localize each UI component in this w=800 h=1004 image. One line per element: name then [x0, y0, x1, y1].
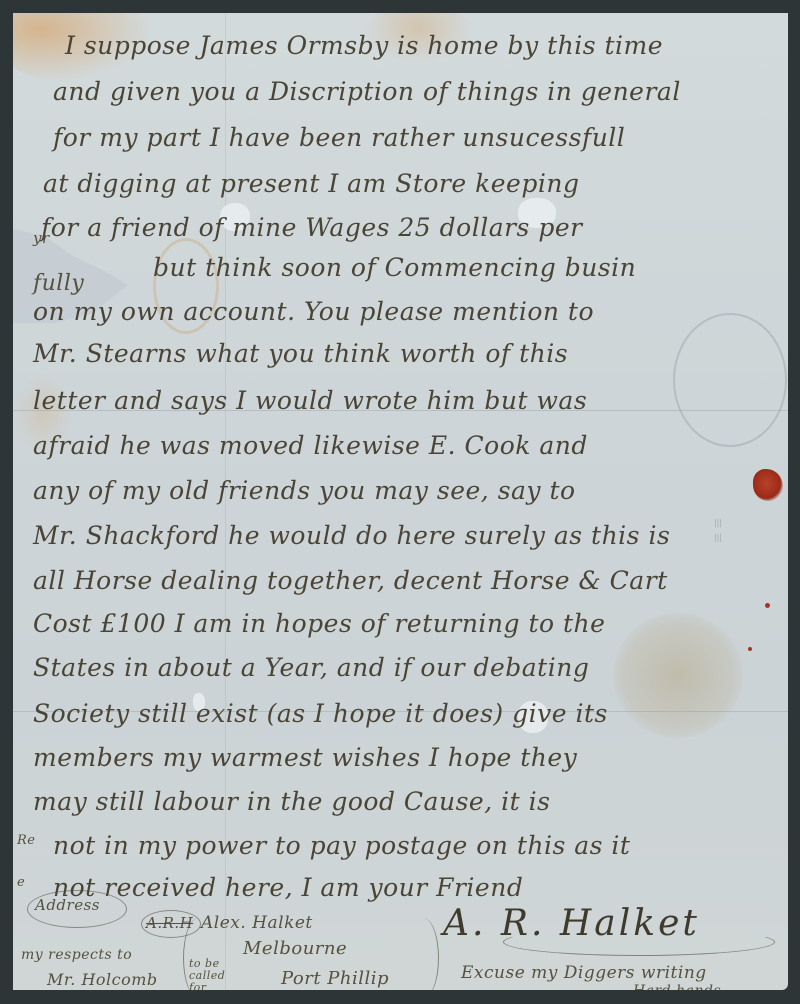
letter-line: but think soon of Commencing busin — [153, 253, 636, 282]
letter-line: and given you a Discription of things in… — [53, 77, 681, 106]
letter-line: States in about a Year, and if our debat… — [33, 653, 589, 682]
letter-line: Mr. Stearns what you think worth of this — [33, 339, 568, 368]
margin-fragment: fully — [33, 271, 84, 296]
letter-line: letter and says I would wrote him but wa… — [33, 386, 587, 415]
called-for-note: to be called for — [189, 958, 237, 990]
letter-line: not in my power to pay postage on this a… — [53, 831, 630, 860]
sealing-wax-spot — [753, 469, 783, 501]
letter-line: members my warmest wishes I hope they — [33, 743, 577, 772]
address-label: Address — [35, 896, 100, 914]
wax-dot — [765, 603, 770, 608]
letter-line: for a friend of mine Wages 25 dollars pe… — [41, 213, 583, 242]
letter-line: I suppose James Ormsby is home by this t… — [65, 31, 663, 60]
postmark-text: ≡ ≡ — [668, 518, 728, 568]
letter-line: not received here, I am your Friend — [53, 873, 523, 902]
struck-initials: A.R.H — [146, 914, 193, 932]
postscript: Excuse my Diggers writing — [461, 963, 707, 983]
address-name: Alex. Halket — [201, 913, 313, 933]
wax-dot — [748, 647, 752, 651]
document-viewer: ≡ ≡ I suppose James Ormsby is home by th… — [0, 0, 800, 1004]
letter-line: Society still exist (as I hope it does) … — [33, 699, 608, 728]
margin-fragment: e — [17, 875, 25, 890]
margin-fragment: Re — [17, 833, 35, 848]
address-city: Melbourne — [243, 938, 347, 959]
signature-flourish — [503, 928, 775, 956]
letter-line: for my part I have been rather unsucessf… — [53, 123, 625, 152]
respects-line-2: Mr. Holcomb — [47, 970, 158, 989]
letter-line: any of my old friends you may see, say t… — [33, 476, 576, 505]
address-bracket-right — [408, 918, 439, 990]
round-stain — [613, 613, 743, 738]
letter-line: may still labour in the good Cause, it i… — [33, 787, 550, 816]
letter-line: Cost £100 I am in hopes of returning to … — [33, 609, 605, 638]
address-port: Port Phillip — [281, 968, 389, 989]
letter-line: at digging at present I am Store keeping — [43, 169, 579, 198]
postmark-stamp — [673, 313, 787, 447]
respects-line-1: my respects to — [21, 947, 132, 963]
letter-line: afraid he was moved likewise E. Cook and — [33, 431, 588, 460]
letter-line: all Horse dealing together, decent Horse… — [33, 566, 668, 595]
letter-line: on my own account. You please mention to — [33, 297, 594, 326]
letter-paper: ≡ ≡ I suppose James Ormsby is home by th… — [13, 13, 788, 990]
postscript-sub: Hard hands — [633, 983, 721, 990]
margin-fragment: yr — [33, 229, 50, 247]
letter-line: Mr. Shackford he would do here surely as… — [33, 521, 670, 550]
